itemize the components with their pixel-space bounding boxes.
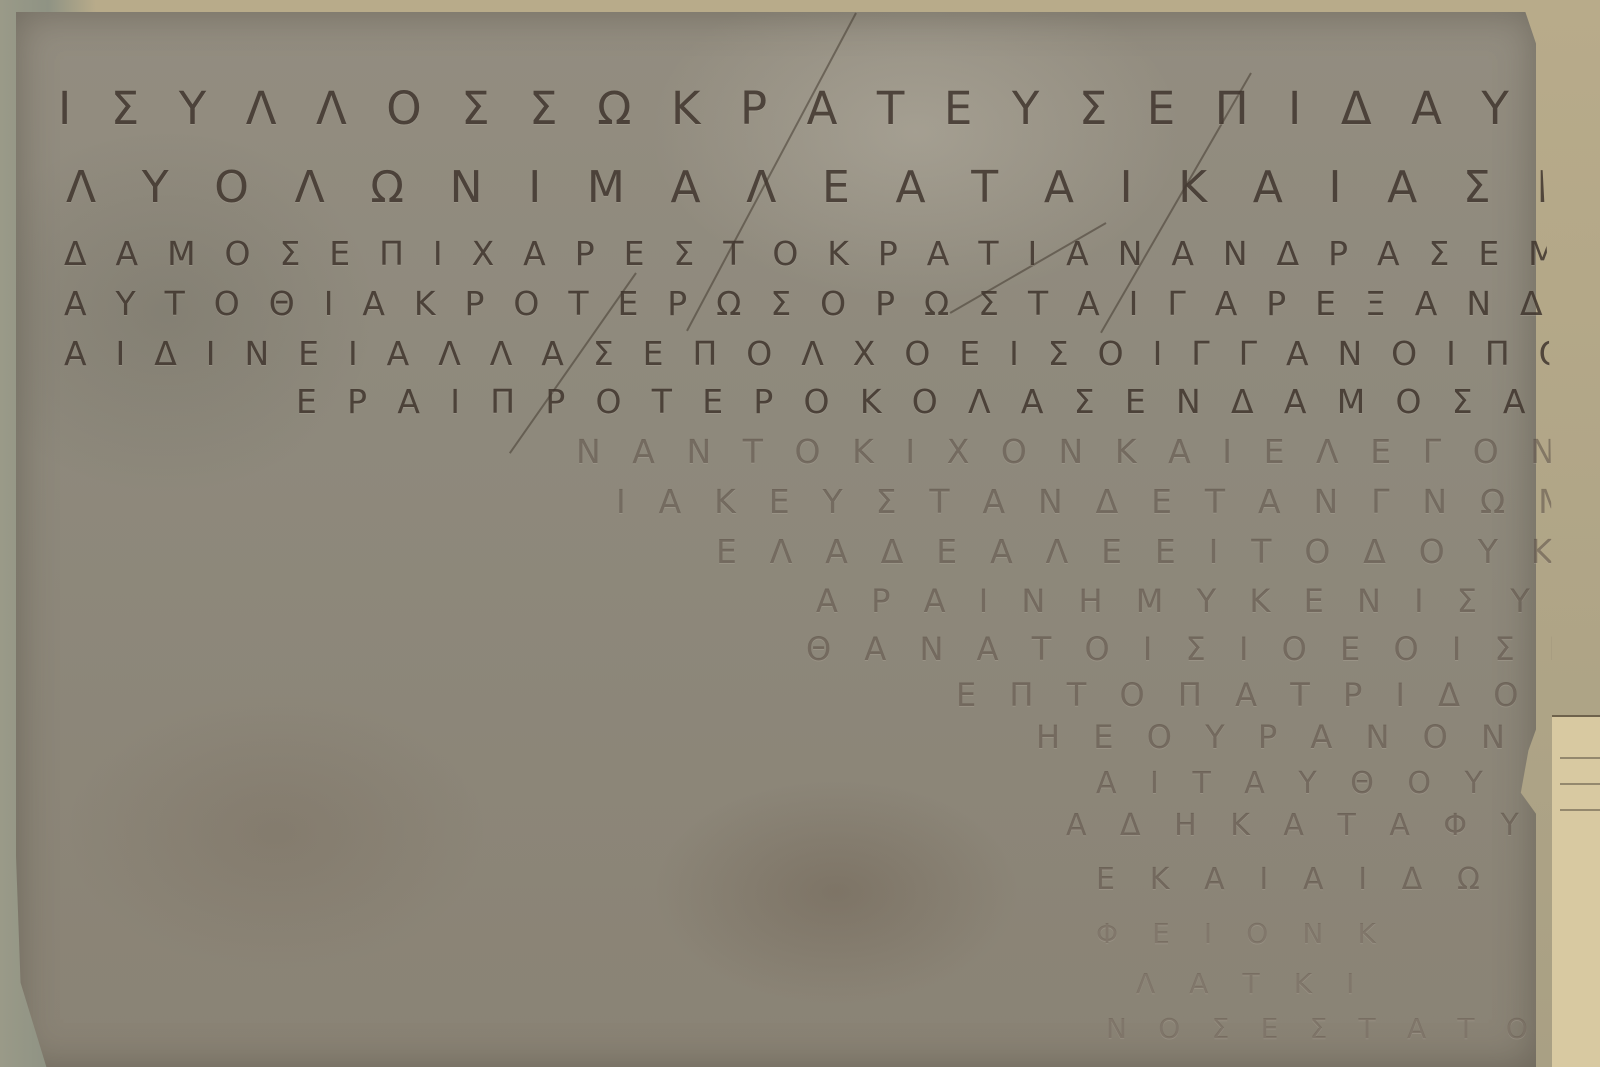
inscription-line-9: Ε Λ Α Δ Ε Α Λ Ε Ε Ι Τ Ο Δ Ο Υ Κ Α Ν Ε Υ … <box>716 532 1600 571</box>
inscription-line-18: Λ Α Τ Κ Ι <box>1136 967 1367 1000</box>
inscription-line-15: Α Δ Η Κ Α Τ Α Φ Υ Λ Α Σ <box>1066 808 1600 843</box>
inscription-line-14: Α Ι Τ Α Υ Θ Ο Υ <box>1096 766 1495 801</box>
inscription-line-19: Ν Ο Σ Ε Σ Τ Α Τ Ο <box>1106 1012 1539 1045</box>
inscription-line-2: Λ Υ Ο Λ Ω Ν Ι Μ Α Λ Ε Α Τ Α Ι Κ Α Ι Α Σ … <box>66 162 1600 213</box>
inscription-line-16: Ε Κ Α Ι Α Ι Δ Ω <box>1096 862 1493 897</box>
inscription-line-7: Ν Α Ν Τ Ο Κ Ι Χ Ο Ν Κ Α Ι Ε Λ Ε Γ Ο Ν Κ … <box>576 432 1600 471</box>
inscription-line-4: Α Υ Τ Ο Θ Ι Α Κ Ρ Ο Τ Ε Ρ Ω Σ Ο Ρ Ω Σ Τ … <box>64 284 1600 323</box>
inscription-line-17: Φ Ε Ι Ο Ν Κ <box>1096 917 1388 950</box>
inscription-line-1: Ι Σ Υ Λ Λ Ο Σ Σ Ω Κ Ρ Α Τ Ε Υ Σ Ε Π Ι Δ … <box>58 82 1600 135</box>
museum-label-card <box>1552 715 1600 1067</box>
stone-stele: Ι Σ Υ Λ Λ Ο Σ Σ Ω Κ Ρ Α Τ Ε Υ Σ Ε Π Ι Δ … <box>16 12 1536 1067</box>
inscription-line-11: Θ Α Ν Α Τ Ο Ι Σ Ι Ο Ε Ο Ι Σ Ε Ν <box>806 630 1600 668</box>
inscription-line-6: Ε Ρ Α Ι Π Ρ Ο Τ Ε Ρ Ο Κ Ο Λ Α Σ Ε Ν Δ Α … <box>296 382 1600 421</box>
inscription-line-8: Ι Α Κ Ε Υ Σ Τ Α Ν Δ Ε Τ Α Ν Γ Ν Ω Μ Α Ν … <box>616 482 1600 521</box>
inscription-line-5: Α Ι Δ Ι Ν Ε Ι Α Λ Λ Α Σ Ε Π Ο Λ Χ Ο Ε Ι … <box>64 334 1600 373</box>
inscription-line-3: Δ Α Μ Ο Σ Ε Π Ι Χ Α Ρ Ε Σ Τ Ο Κ Ρ Α Τ Ι … <box>64 234 1600 273</box>
inscription-line-12: Ε Π Τ Ο Π Α Τ Ρ Ι Δ Ο Σ Α Μ Α Σ <box>956 676 1600 714</box>
inscription-line-13: Η Ε Ο Υ Ρ Α Ν Ο Ν Ε Υ Ρ <box>1036 718 1600 756</box>
inscription-line-10: Α Ρ Α Ι Ν Η Μ Υ Κ Ε Ν Ι Σ Υ Λ Λ Ο Σ <box>816 582 1600 620</box>
